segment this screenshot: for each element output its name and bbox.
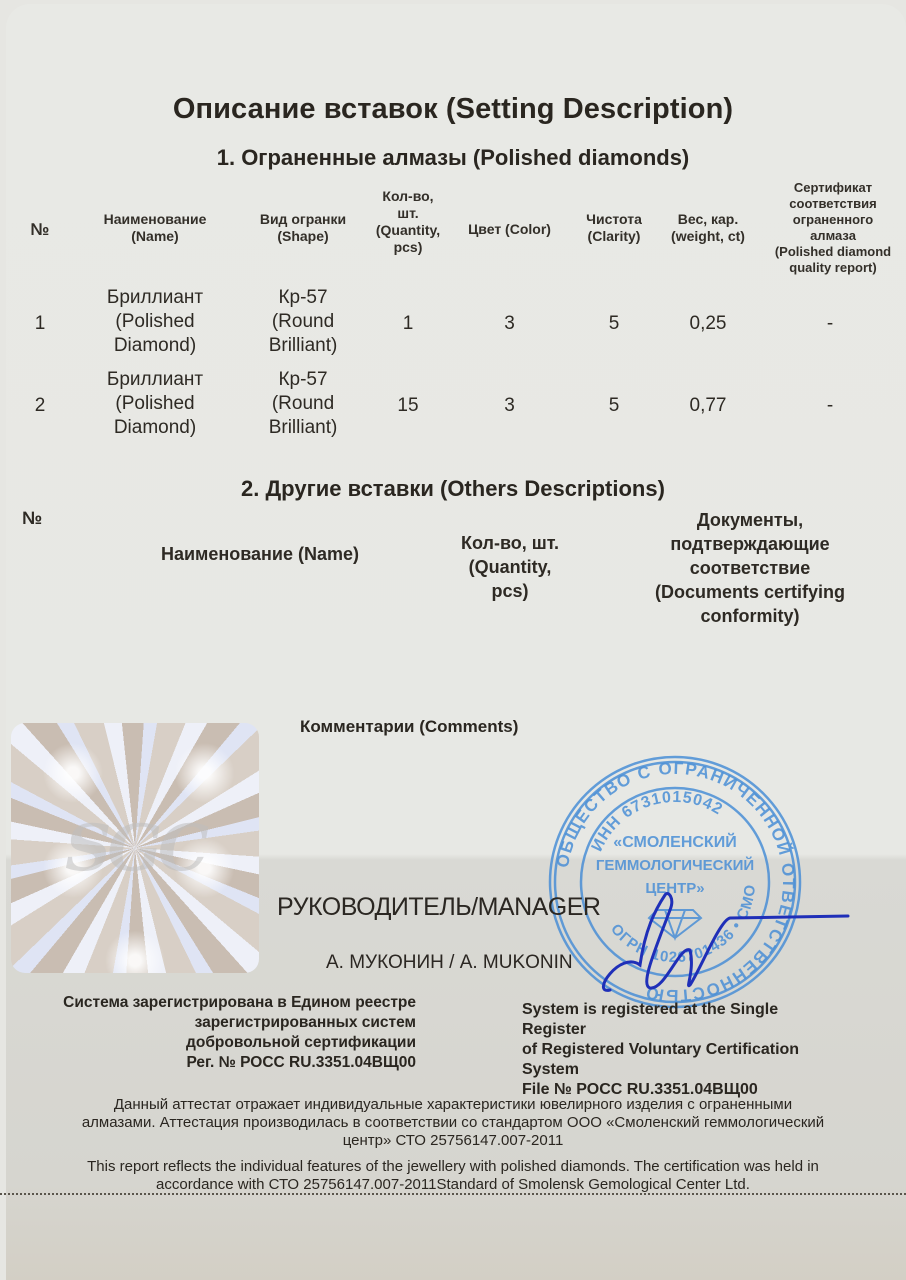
cell-quantity: 1: [362, 312, 454, 336]
others-header-documents: Документы,подтверждающиесоответствие(Doc…: [620, 508, 880, 628]
manager-signature: [580, 890, 880, 1010]
cell-quantity: 15: [362, 394, 454, 418]
manager-name: А. МУКОНИН / A. MUKONIN: [326, 952, 573, 974]
cell-no: 1: [20, 312, 60, 336]
header-color: Цвет (Color): [452, 221, 567, 238]
header-clarity: Чистота(Clarity): [572, 211, 656, 245]
header-name: Наименование(Name): [80, 211, 230, 245]
svg-text:«СМОЛЕНСКИЙ: «СМОЛЕНСКИЙ: [613, 832, 736, 851]
disclaimer-en: This report reflects the individual feat…: [0, 1158, 906, 1194]
divider: [0, 1193, 906, 1195]
cell-weight: 0,25: [657, 312, 759, 336]
comments-label: Комментарии (Comments): [300, 717, 518, 737]
hologram-text: SGC: [11, 723, 259, 973]
others-header-name: Наименование (Name): [110, 542, 410, 566]
others-header-no: №: [22, 506, 42, 530]
header-shape: Вид огранки(Shape): [238, 211, 368, 245]
cell-color: 3: [452, 312, 567, 336]
page-title: Описание вставок (Setting Description): [0, 93, 906, 126]
cell-certificate: -: [760, 394, 900, 418]
sgc-hologram-icon: SGC: [11, 723, 259, 973]
cell-clarity: 5: [572, 394, 656, 418]
svg-text:ГЕММОЛОГИЧЕСКИЙ: ГЕММОЛОГИЧЕСКИЙ: [596, 856, 754, 874]
cell-no: 2: [20, 394, 60, 418]
header-certificate: Сертификатсоответствияограненногоалмаза(…: [760, 180, 906, 276]
disclaimer-ru: Данный аттестат отражает индивидуальные …: [0, 1096, 906, 1150]
section2-heading: 2. Другие вставки (Others Descriptions): [0, 476, 906, 502]
registration-en: System is registered at the SingleRegist…: [522, 1000, 882, 1100]
cell-certificate: -: [760, 312, 900, 336]
others-header-quantity: Кол-во, шт.(Quantity,pcs): [440, 531, 580, 603]
cell-weight: 0,77: [657, 394, 759, 418]
cell-shape: Кр-57(RoundBrilliant): [238, 368, 368, 440]
header-weight: Вес, кар.(weight, ct): [657, 211, 759, 245]
cell-shape: Кр-57(RoundBrilliant): [238, 286, 368, 358]
registration-ru: Система зарегистрирована в Едином реестр…: [10, 993, 416, 1073]
section1-heading: 1. Ограненные алмазы (Polished diamonds): [0, 145, 906, 171]
cell-name: Бриллиант(PolishedDiamond): [80, 286, 230, 358]
cell-color: 3: [452, 394, 567, 418]
manager-title: РУКОВОДИТЕЛЬ/MANAGER: [277, 893, 600, 922]
cell-name: Бриллиант(PolishedDiamond): [80, 368, 230, 440]
header-no: №: [20, 221, 60, 238]
cell-clarity: 5: [572, 312, 656, 336]
header-quantity: Кол-во,шт.(Quantity,pcs): [362, 188, 454, 256]
